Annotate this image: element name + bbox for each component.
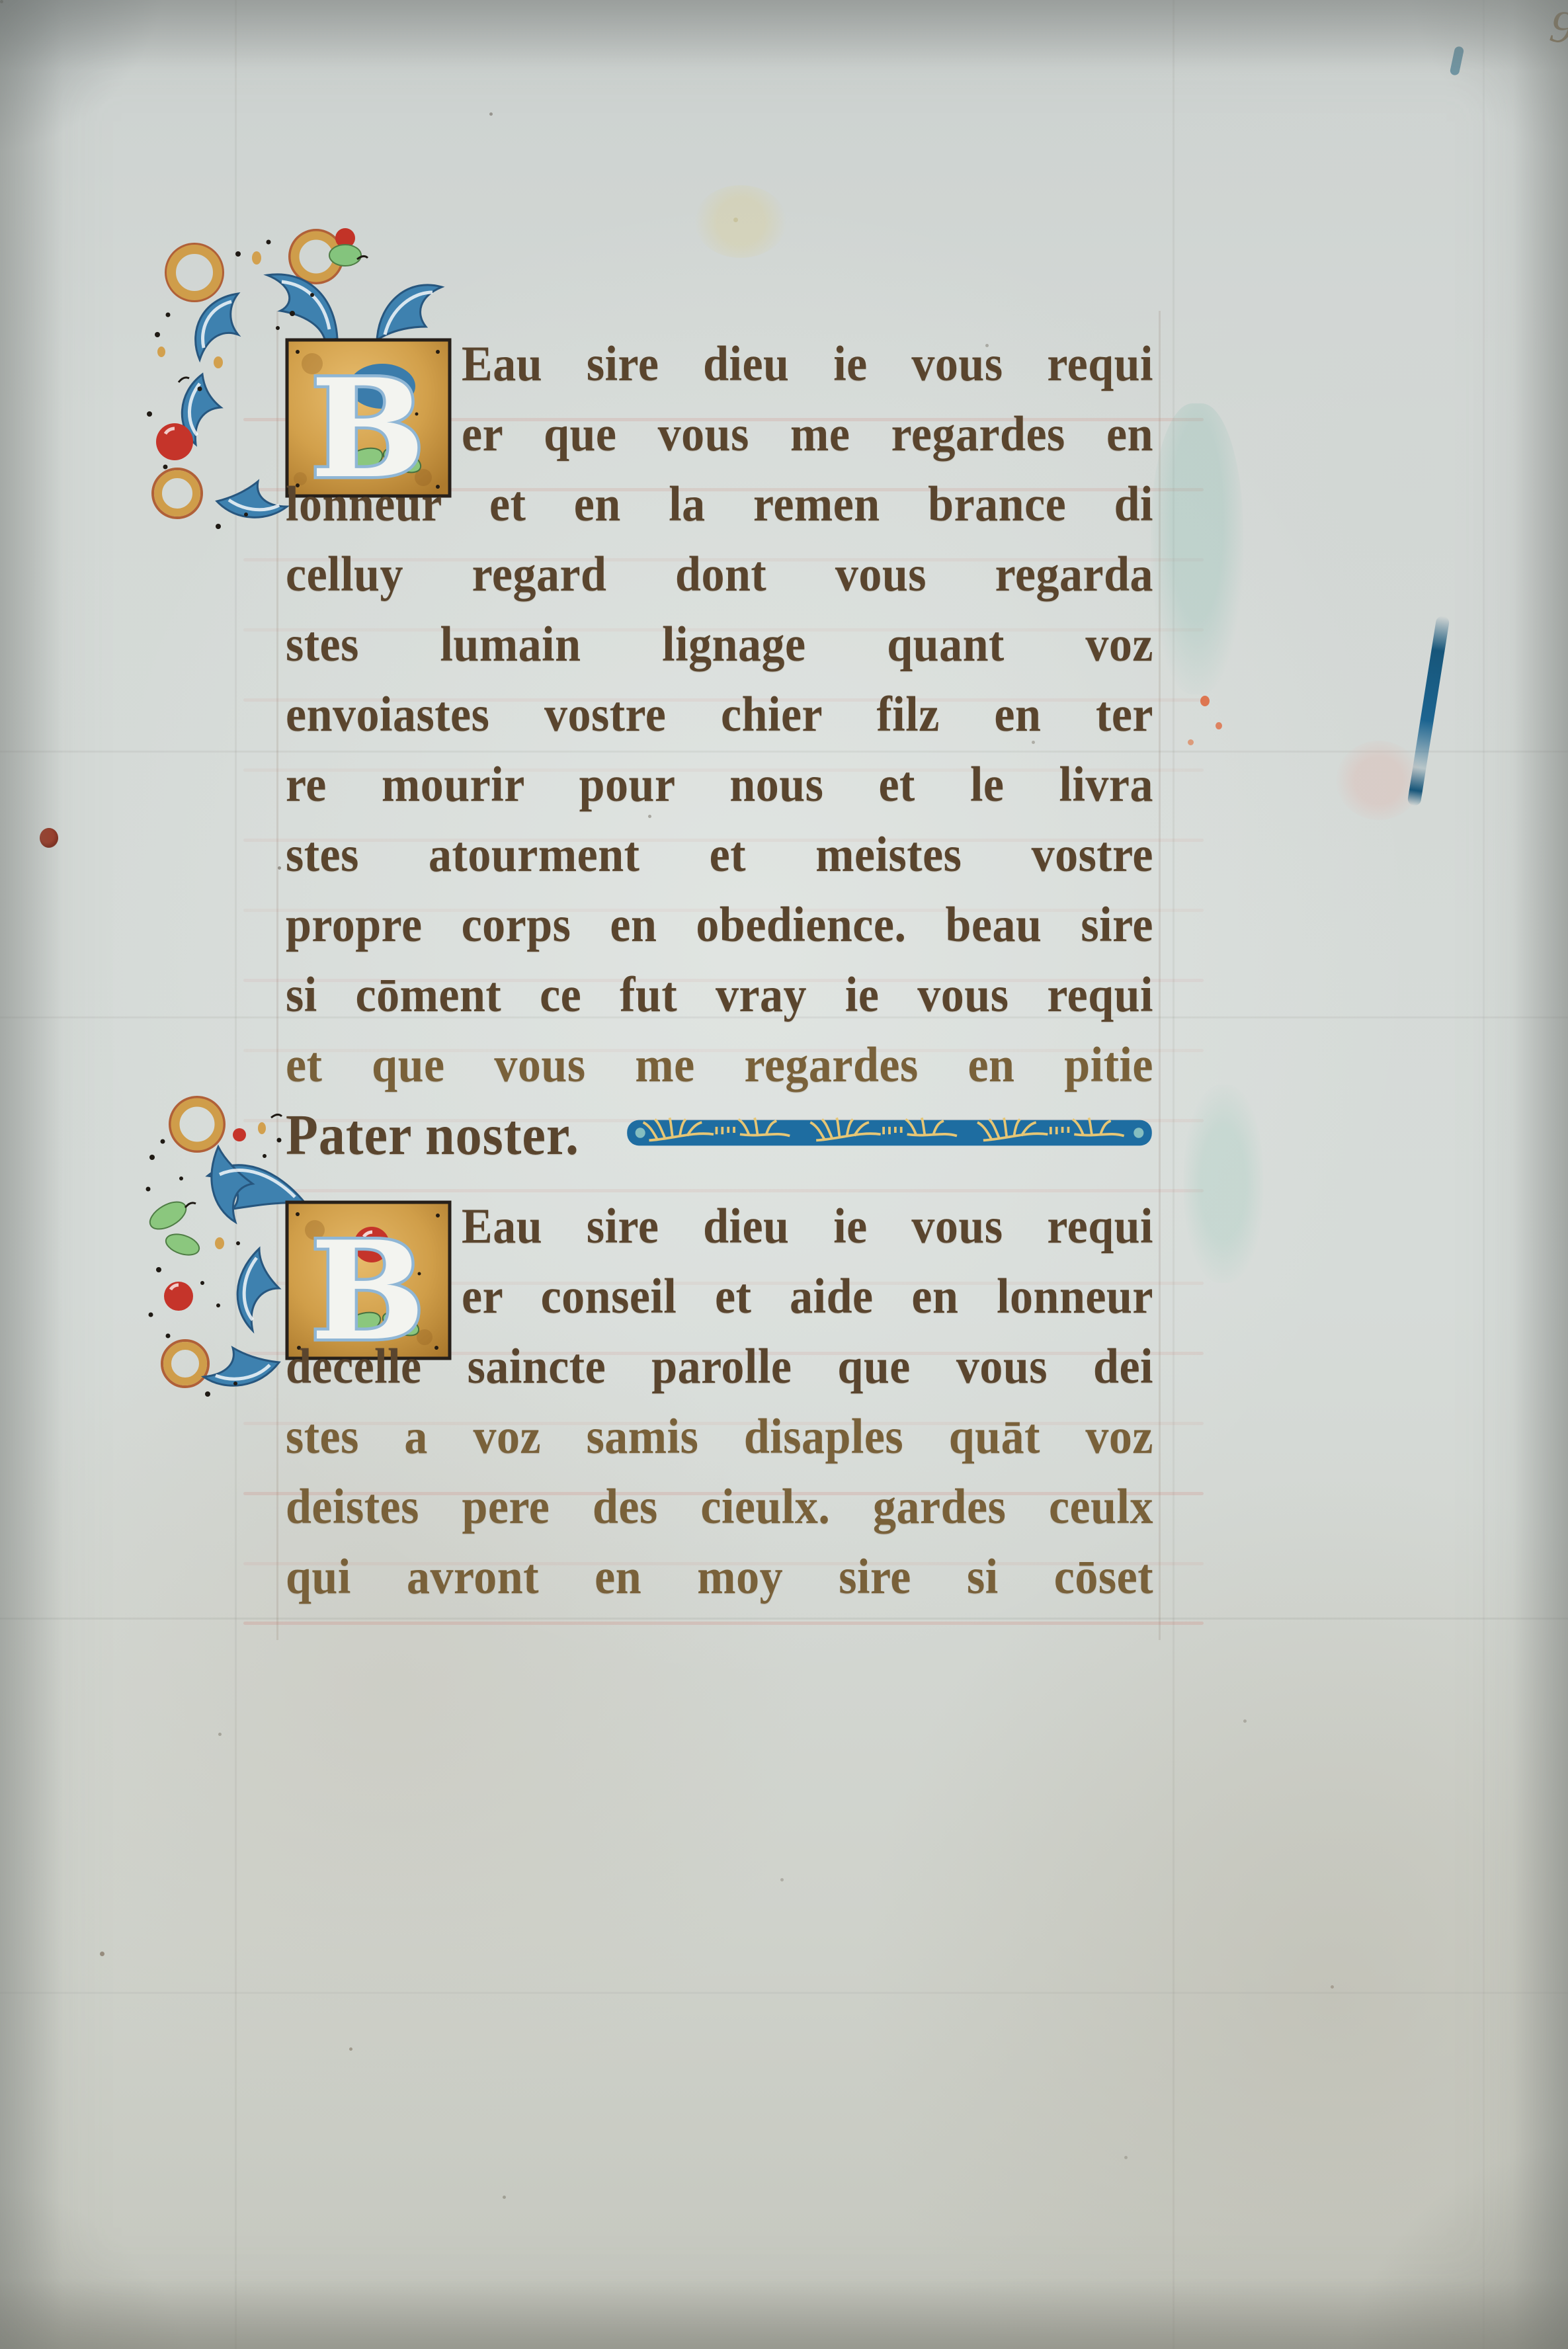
leaf-icon — [145, 1196, 190, 1235]
paragraph-1: B Eau sire dieu ie vous requi er que vou… — [286, 329, 1153, 1171]
text-line: stes a voz samis disaples quāt voz — [286, 1399, 1153, 1475]
crease-vertical — [1483, 0, 1485, 2349]
ink-fleck-blue — [1450, 46, 1465, 76]
text-line: qui avront en moy sire si cōset — [286, 1540, 1153, 1615]
text-line: er conseil et aide en lonneur — [286, 1259, 1153, 1335]
paragraph-2: B Eau sire dieu ie vous requi er conseil… — [286, 1192, 1153, 1612]
berry-icon — [156, 423, 193, 460]
stain-teal-smear — [1151, 403, 1243, 694]
crease-horizontal — [0, 1618, 1568, 1620]
crease-horizontal — [0, 1992, 1568, 1994]
text-line: stes atourment et meistes vostre — [286, 817, 1153, 893]
text-line: Eau sire dieu ie vous requi — [286, 327, 1153, 402]
text-block: B Eau sire dieu ie vous requi er que vou… — [286, 329, 1153, 1612]
stain-orange-speck — [1216, 722, 1222, 729]
stain-red-dot — [40, 828, 58, 848]
text-line: re mourir pour nous et le livra — [286, 747, 1153, 823]
stain-yellow — [694, 185, 787, 258]
text-line: stes lumain lignage quant voz — [286, 607, 1153, 682]
leaf-icon — [163, 1231, 202, 1259]
line-filler-bar — [626, 1116, 1153, 1149]
stain-teal-smear — [1184, 1085, 1263, 1283]
text-line: envoiastes vostre chier filz en ter — [286, 677, 1153, 753]
berry-icon — [233, 1128, 246, 1141]
stain-orange-speck — [1200, 696, 1210, 706]
text-line: celluy regard dont vous regarda — [286, 537, 1153, 612]
ink-streak-blue — [1407, 615, 1450, 807]
folio-number: 9 — [1547, 0, 1568, 56]
text-line: propre corps en obedience. beau sire — [286, 887, 1153, 963]
text-line: si cōment ce fut vray ie vous requi — [286, 958, 1153, 1033]
text-line: decelle saincte parolle que vous dei — [286, 1329, 1153, 1405]
leaf-icon — [329, 245, 361, 266]
text-line: lonneur et en la remen brance di — [286, 467, 1153, 542]
text-line: er que vous me regardes en — [286, 397, 1153, 472]
text-line: Eau sire dieu ie vous requi — [286, 1189, 1153, 1264]
text-line: deistes pere des cieulx. gardes ceulx — [286, 1469, 1153, 1545]
margin-rule-right — [1159, 311, 1161, 1640]
manuscript-page: 9 — [0, 0, 1568, 2349]
stain-pink-blush — [1336, 741, 1422, 820]
crease-vertical — [1173, 0, 1175, 2349]
stain-orange-speck — [1188, 739, 1194, 745]
line-filler-artwork — [626, 1116, 1153, 1149]
acanthus-spray-icon — [145, 1097, 306, 1397]
ruling-line — [243, 1622, 1204, 1625]
parchment-specks — [0, 0, 3, 3]
